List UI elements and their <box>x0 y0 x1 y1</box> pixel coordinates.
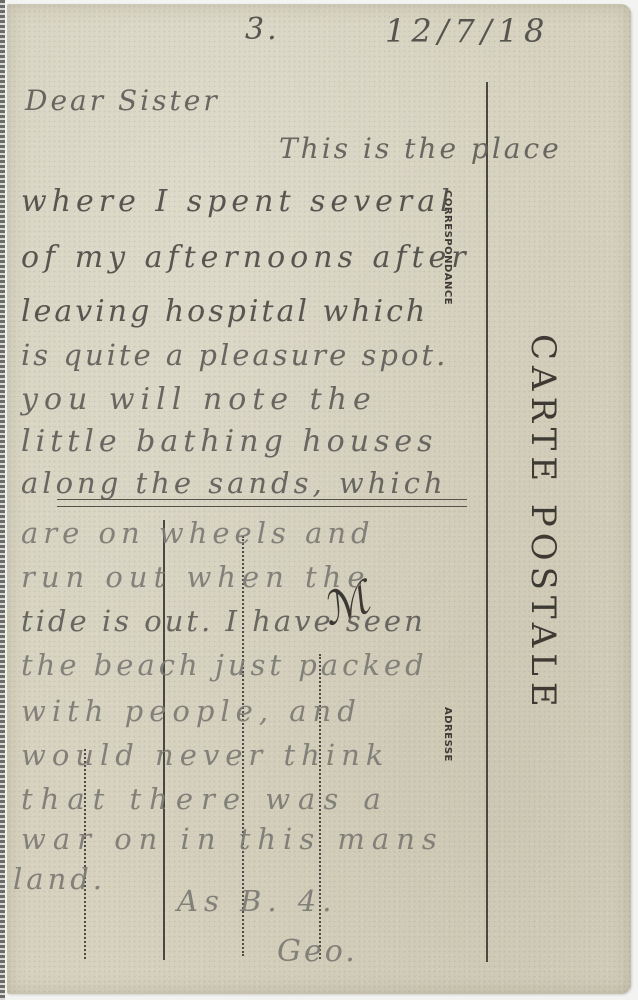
postcard-scan: CORRESPONDANCE ADRESSE CARTE POSTALE ℳ 3… <box>0 0 638 1000</box>
closing: As B. 4. <box>177 884 337 918</box>
letter-line-12: the beach just packed <box>21 648 428 682</box>
page-number: 3. <box>245 12 280 47</box>
letter-line-7: little bathing houses <box>21 424 438 459</box>
letter-line-16: war on in this mans <box>21 822 444 856</box>
letter-line-3: of my afternoons after <box>21 240 471 275</box>
postcard-back: CORRESPONDANCE ADRESSE CARTE POSTALE ℳ 3… <box>7 4 631 994</box>
letter-line-2: where I spent several <box>21 184 455 219</box>
signature: Geo. <box>277 934 358 969</box>
letter-line-15: that there was a <box>21 782 389 816</box>
letter-line-5: is quite a pleasure spot. <box>21 338 448 372</box>
date: 12/7/18 <box>385 12 550 50</box>
letter-line-17: land. <box>13 862 106 896</box>
letter-line-13: with people, and <box>21 694 362 728</box>
letter-line-4: leaving hospital which <box>21 294 428 329</box>
salutation: Dear Sister <box>25 84 220 117</box>
carte-postale-title: CARTE POSTALE <box>523 334 563 713</box>
letter-line-6: you will note the <box>21 382 377 417</box>
postcard-double-rule <box>57 499 467 507</box>
adresse-label: ADRESSE <box>442 707 453 762</box>
letter-line-10: run out when the <box>21 560 371 594</box>
scanner-edge-strip <box>0 0 5 1000</box>
letter-line-8: along the sands, which <box>21 466 447 500</box>
letter-line-11: tide is out. I have seen <box>21 604 426 638</box>
letter-line-14: would never think <box>21 738 389 772</box>
postcard-center-divider <box>486 82 488 962</box>
letter-line-9: are on wheels and <box>21 516 375 550</box>
letter-line-1: This is the place <box>279 132 562 165</box>
